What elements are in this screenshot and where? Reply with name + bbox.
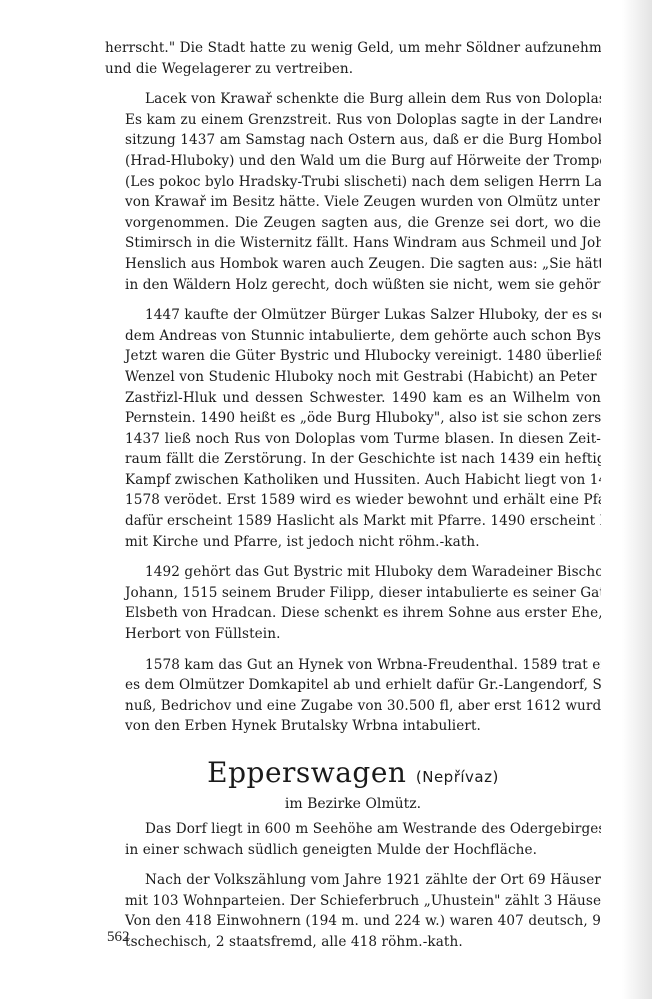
text-line: Von den 418 Einwohnern (194 m. und 224 w… <box>105 911 601 932</box>
section-title: Epperswagen (Nepřívaz) <box>105 757 601 793</box>
text-line: mit 103 Wohnparteien. Der Schieferbruch … <box>105 891 601 912</box>
text-line: von Krawař im Besitz hätte. Viele Zeugen… <box>105 192 601 213</box>
text-line: 1578 verödet. Erst 1589 wird es wieder b… <box>105 490 601 511</box>
text-line: Elsbeth von Hradcan. Diese schenkt es ih… <box>105 603 601 624</box>
book-gutter-shadow <box>622 0 652 999</box>
text-line: 1492 gehört das Gut Bystric mit Hluboky … <box>105 562 601 583</box>
page-number: 562 <box>107 929 130 946</box>
paragraph-4: 1492 gehört das Gut Bystric mit Hluboky … <box>105 562 601 644</box>
text-line: Pernstein. 1490 heißt es „öde Burg Hlubo… <box>105 408 601 429</box>
text-line: 1578 kam das Gut an Hynek von Wrbna-Freu… <box>105 655 601 676</box>
text-line: Lacek von Krawař schenkte die Burg allei… <box>105 89 601 110</box>
text-line: es dem Olmützer Domkapitel ab und erhiel… <box>105 675 601 696</box>
text-line: Zastřizl-Hluk und dessen Schwester. 1490… <box>105 388 601 409</box>
paragraph-6: Das Dorf liegt in 600 m Seehöhe am Westr… <box>105 819 601 860</box>
paragraph-7: Nach der Volkszählung vom Jahre 1921 zäh… <box>105 870 601 952</box>
text-line: (Les pokoc bylo Hradsky-Trubi slischeti)… <box>105 172 601 193</box>
paragraph-5: 1578 kam das Gut an Hynek von Wrbna-Freu… <box>105 655 601 737</box>
text-line: Stimirsch in die Wisternitz fällt. Hans … <box>105 233 601 254</box>
text-line: in einer schwach südlich geneigten Mulde… <box>105 840 601 861</box>
paragraph-3: 1447 kaufte der Olmützer Bürger Lukas Sa… <box>105 305 601 552</box>
text-line: 1447 kaufte der Olmützer Bürger Lukas Sa… <box>105 305 601 326</box>
text-line: sitzung 1437 am Samstag nach Ostern aus,… <box>105 130 601 151</box>
text-line: 1437 ließ noch Rus von Doloplas vom Turm… <box>105 429 601 450</box>
section-title-czech: (Nepřívaz) <box>416 768 499 786</box>
text-line: dem Andreas von Stunnic intabulierte, de… <box>105 326 601 347</box>
text-line: Jetzt waren die Güter Bystric und Hluboc… <box>105 346 601 367</box>
text-line: von den Erben Hynek Brutalsky Wrbna inta… <box>105 716 601 737</box>
text-line: Wenzel von Studenic Hluboky noch mit Ges… <box>105 367 601 388</box>
text-line: Johann, 1515 seinem Bruder Filipp, diese… <box>105 583 601 604</box>
text-line: mit Kirche und Pfarre, ist jedoch nicht … <box>105 532 601 553</box>
text-line: Nach der Volkszählung vom Jahre 1921 zäh… <box>105 870 601 891</box>
text-line: nuß, Bedrichov und eine Zugabe von 30.50… <box>105 696 601 717</box>
paragraph-1: herrscht." Die Stadt hatte zu wenig Geld… <box>105 38 601 79</box>
text-line: Henslich aus Hombok waren auch Zeugen. D… <box>105 254 601 275</box>
text-line: Es kam zu einem Grenzstreit. Rus von Dol… <box>105 110 601 131</box>
text-line: und die Wegelagerer zu vertreiben. <box>105 59 601 80</box>
text-line: Herbort von Füllstein. <box>105 624 601 645</box>
section-subtitle: im Bezirke Olmütz. <box>105 793 601 815</box>
text-line: vorgenommen. Die Zeugen sagten aus, die … <box>105 213 601 234</box>
text-line: herrscht." Die Stadt hatte zu wenig Geld… <box>105 38 601 59</box>
section-title-german: Epperswagen <box>207 756 406 789</box>
text-line: Kampf zwischen Katholiken und Hussiten. … <box>105 470 601 491</box>
text-line: raum fällt die Zerstörung. In der Geschi… <box>105 449 601 470</box>
text-line: dafür erscheint 1589 Haslicht als Markt … <box>105 511 601 532</box>
text-line: (Hrad-Hluboky) und den Wald um die Burg … <box>105 151 601 172</box>
paragraph-2: Lacek von Krawař schenkte die Burg allei… <box>105 89 601 295</box>
text-line: tschechisch, 2 staatsfremd, alle 418 röh… <box>105 932 601 953</box>
document-page: herrscht." Die Stadt hatte zu wenig Geld… <box>105 38 601 963</box>
section-heading: Epperswagen (Nepřívaz) im Bezirke Olmütz… <box>105 757 601 815</box>
text-line: Das Dorf liegt in 600 m Seehöhe am Westr… <box>105 819 601 840</box>
text-line: in den Wäldern Holz gerecht, doch wüßten… <box>105 275 601 296</box>
